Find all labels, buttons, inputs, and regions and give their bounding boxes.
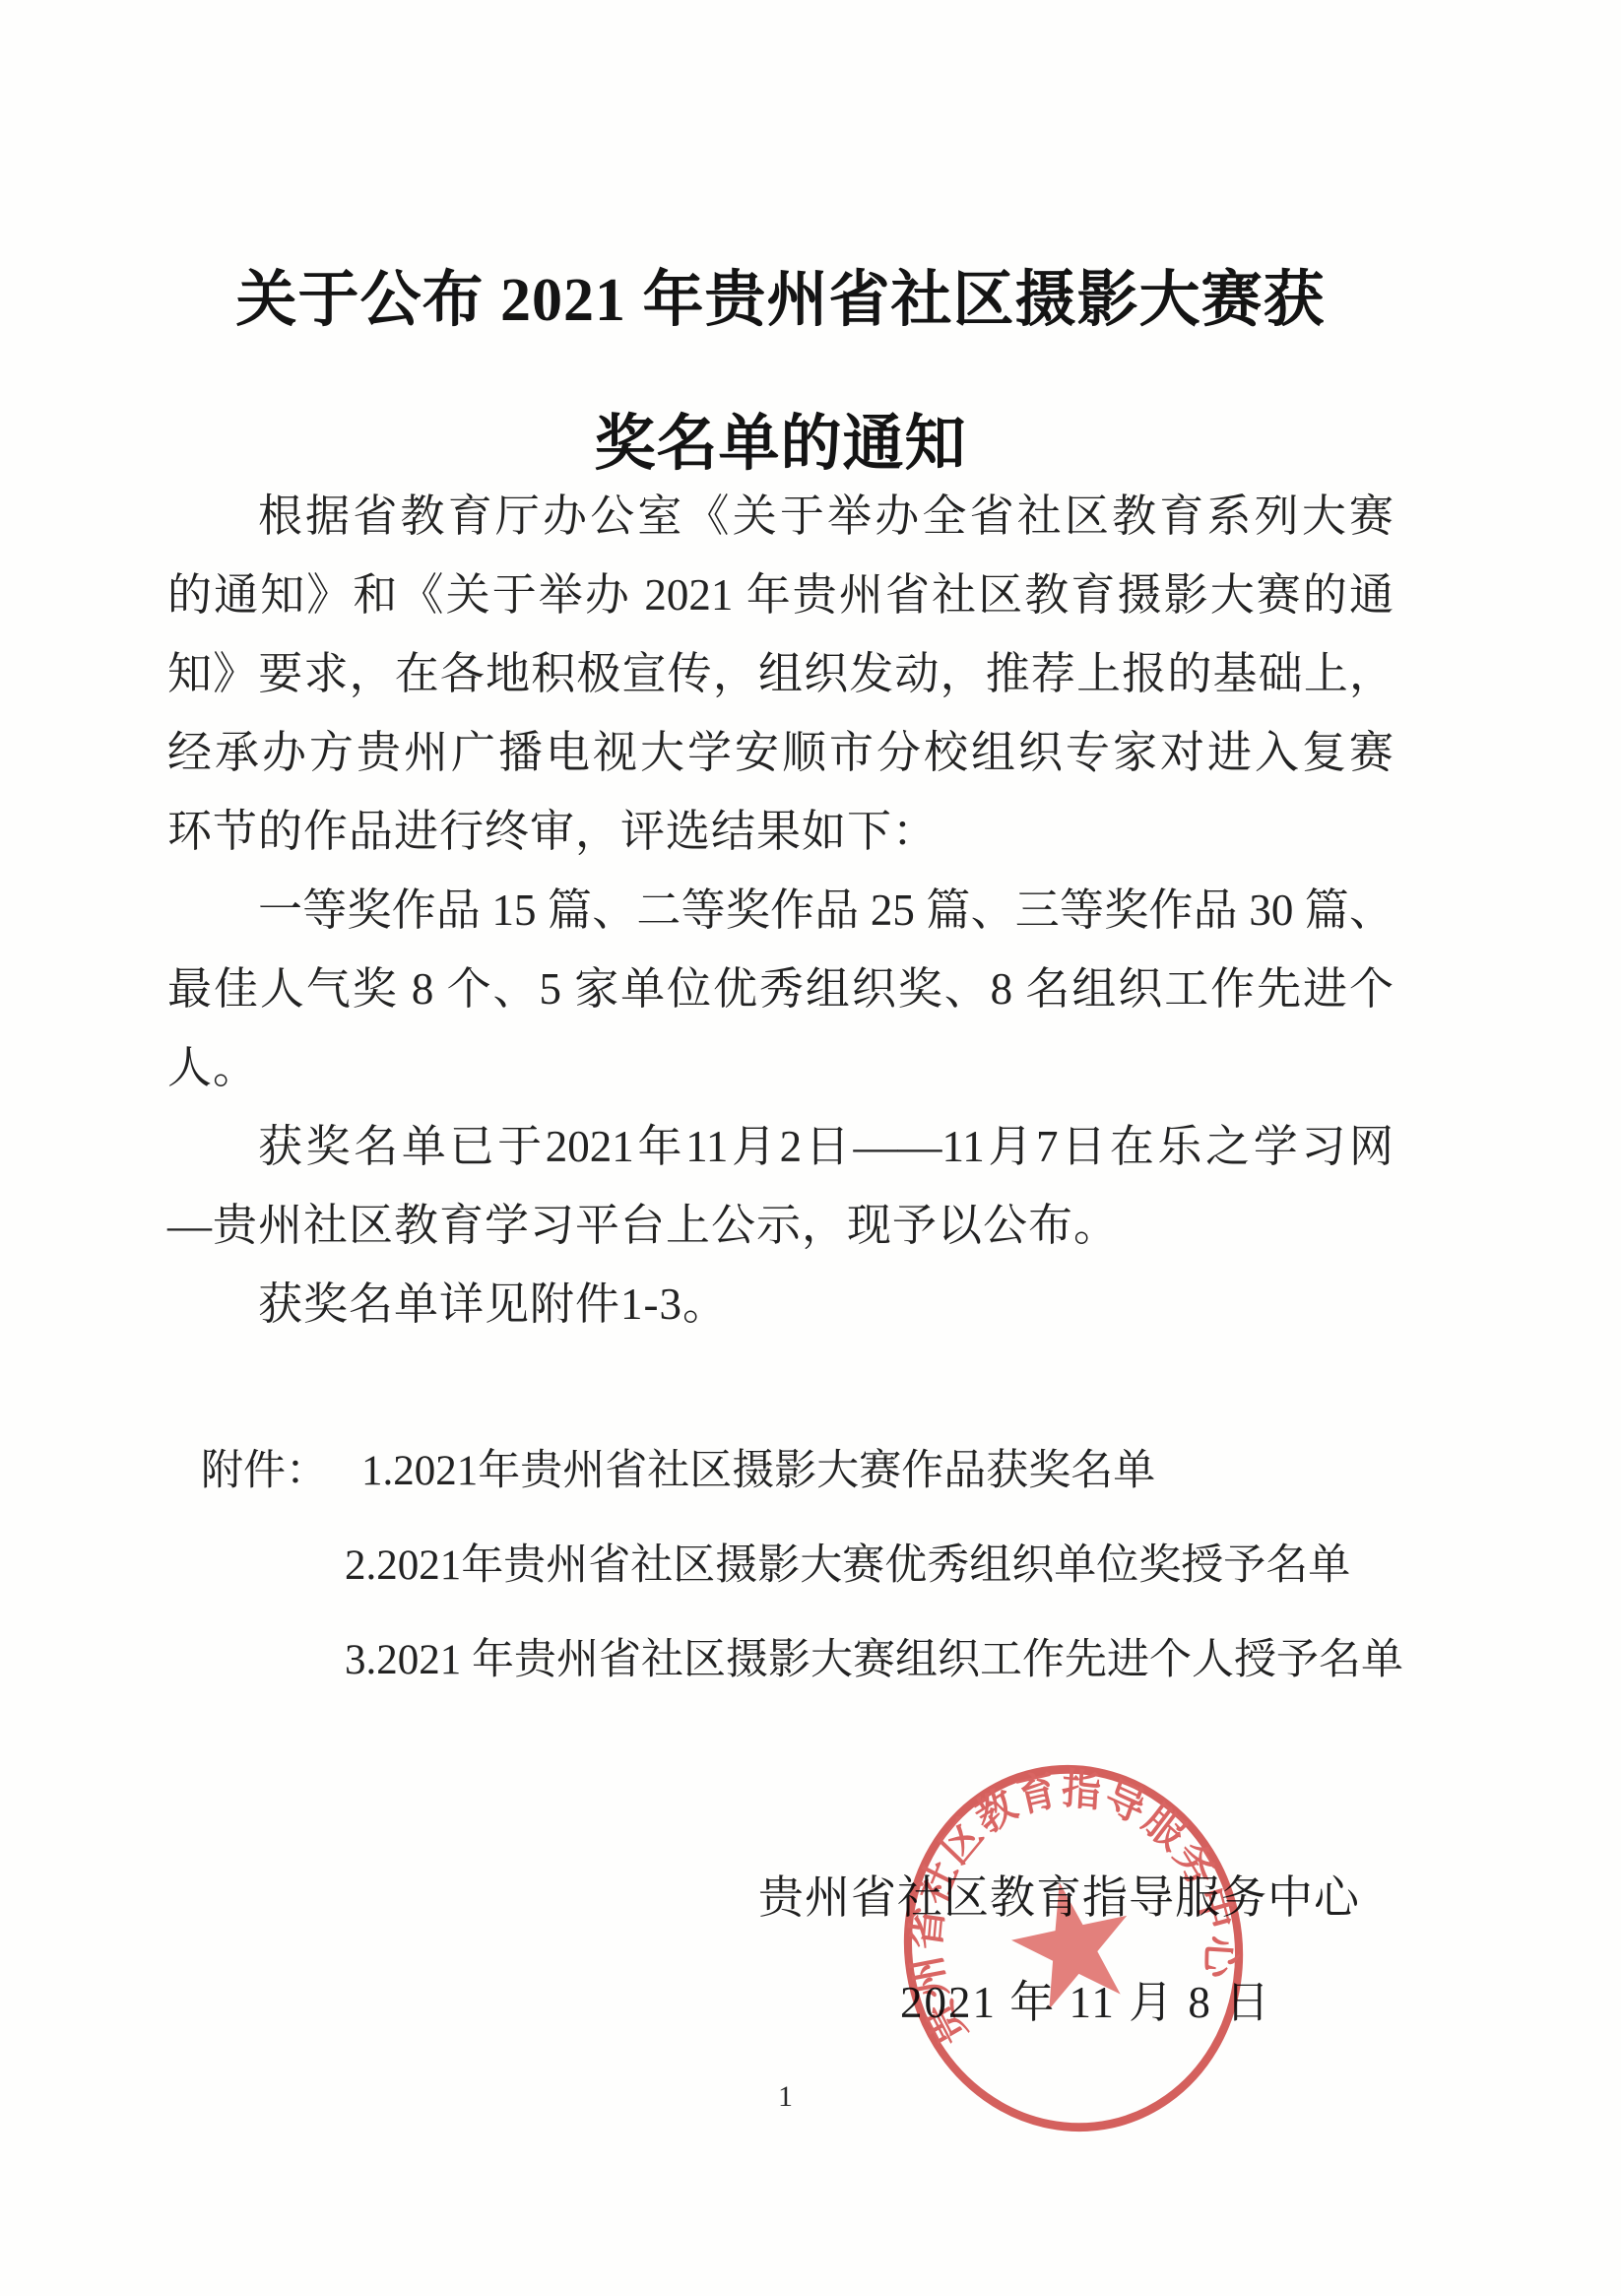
seal-ring-icon [875, 1738, 1271, 2158]
attachments-label: 附件： [201, 1448, 361, 1494]
body-line: 环节的作品进行终审，评选结果如下： [167, 792, 1394, 871]
body-line: —贵州社区教育学习平台上公示，现予以公布。 [167, 1186, 1394, 1265]
attachment-row: 附件：1.2021年贵州省社区摄影大赛作品获奖名单 [201, 1424, 1481, 1519]
body-line: 获奖名单已于2021年11月2日——11月7日在乐之学习网 [167, 1107, 1394, 1186]
document-title: 关于公布 2021 年贵州省社区摄影大赛获 奖名单的通知 [167, 229, 1394, 516]
body-line: 的通知》和《关于举办 2021 年贵州省社区教育摄影大赛的通 [167, 556, 1394, 634]
body-line: 人。 [167, 1028, 1394, 1107]
title-line-1: 关于公布 2021 年贵州省社区摄影大赛获 [167, 229, 1394, 372]
body-line: 获奖名单详见附件1-3。 [167, 1265, 1394, 1344]
attachment-row: 2.2021年贵州省社区摄影大赛优秀组织单位奖授予名单 [201, 1519, 1481, 1613]
attachment-item: 3.2021 年贵州省社区摄影大赛组织工作先进个人授予名单 [345, 1637, 1403, 1683]
attachment-row: 3.2021 年贵州省社区摄影大赛组织工作先进个人授予名单 [201, 1613, 1481, 1708]
body-line: 根据省教育厅办公室《关于举办全省社区教育系列大赛 [167, 477, 1394, 556]
body-line: 一等奖作品 15 篇、二等奖作品 25 篇、三等奖作品 30 篇、 [167, 871, 1394, 950]
scanned-document-page: 关于公布 2021 年贵州省社区摄影大赛获 奖名单的通知 根据省教育厅办公室《关… [0, 0, 1621, 2296]
body-line: 知》要求，在各地积极宣传，组织发动，推荐上报的基础上， [167, 634, 1394, 713]
document-body: 根据省教育厅办公室《关于举办全省社区教育系列大赛 的通知》和《关于举办 2021… [167, 477, 1394, 1344]
issuing-organization: 贵州省社区教育指导服务中心 [758, 1862, 1360, 1927]
body-line: 经承办方贵州广播电视大学安顺市分校组织专家对进入复赛 [167, 713, 1394, 792]
body-line: 最佳人气奖 8 个、5 家单位优秀组织奖、8 名组织工作先进个 [167, 950, 1394, 1028]
page-number: 1 [778, 2080, 793, 2114]
official-seal: 贵州省社区教育指导服务中心 [860, 1723, 1287, 2174]
issue-date: 2021 年 11 月 8 日 [900, 1966, 1271, 2030]
attachments-section: 附件：1.2021年贵州省社区摄影大赛作品获奖名单 2.2021年贵州省社区摄影… [201, 1424, 1481, 1708]
official-seal-graphic: 贵州省社区教育指导服务中心 [860, 1723, 1287, 2174]
attachment-item: 2.2021年贵州省社区摄影大赛优秀组织单位奖授予名单 [345, 1542, 1350, 1589]
attachment-item: 1.2021年贵州省社区摄影大赛作品获奖名单 [361, 1448, 1155, 1494]
